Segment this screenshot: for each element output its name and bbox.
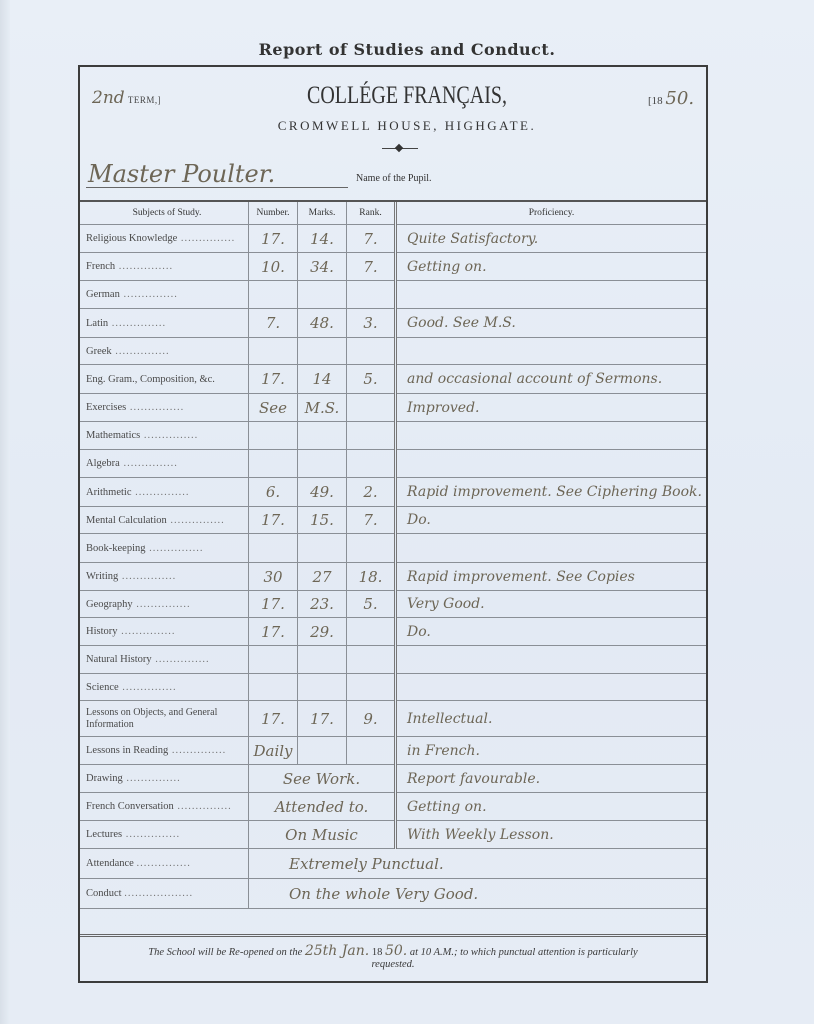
rank-cell: 5. xyxy=(347,591,396,618)
notice-text-4: requested. xyxy=(80,959,706,970)
rank-cell: 3. xyxy=(347,309,396,338)
proficiency-cell: Getting on. xyxy=(396,253,707,281)
leader-dots: ............... xyxy=(133,599,191,610)
year-value: 50. xyxy=(665,88,694,109)
proficiency-cell: Rapid improvement. See Ciphering Book. xyxy=(396,478,707,507)
proficiency-cell: in French. xyxy=(396,737,707,765)
table-row: Latin ...............7.48.3.Good. See M.… xyxy=(80,309,706,338)
notice-text-1: The School will be Re-opened on the xyxy=(148,947,302,958)
reopen-date: 25th Jan. xyxy=(305,943,369,959)
paper-edge xyxy=(0,0,10,1024)
leader-dots: ............... xyxy=(120,458,178,469)
table-row: Mental Calculation ...............17.15.… xyxy=(80,507,706,534)
marks-cell xyxy=(298,422,347,450)
subject-cell: Algebra ............... xyxy=(80,450,249,478)
header-number: Number. xyxy=(249,202,298,225)
subject-cell: History ............... xyxy=(80,618,249,646)
marks-cell: 34. xyxy=(298,253,347,281)
header-proficiency: Proficiency. xyxy=(396,202,707,225)
subject-label: Mental Calculation xyxy=(86,515,167,526)
number-cell xyxy=(249,422,298,450)
proficiency-cell: Intellectual. xyxy=(396,701,707,737)
notice-text-3: at 10 A.M.; to which punctual attention … xyxy=(410,947,638,958)
rank-cell: 9. xyxy=(347,701,396,737)
conduct-label: Conduct ................... xyxy=(80,879,249,909)
leader-dots: ............... xyxy=(122,829,180,840)
rank-cell xyxy=(347,422,396,450)
number-cell: See Work. xyxy=(249,765,396,793)
reopening-notice: The School will be Re-opened on the 25th… xyxy=(80,934,706,984)
conduct-label-text: Conduct xyxy=(86,888,122,899)
rank-cell: 18. xyxy=(347,563,396,591)
marks-cell xyxy=(298,646,347,674)
number-cell: 6. xyxy=(249,478,298,507)
header-rank: Rank. xyxy=(347,202,396,225)
proficiency-cell: Improved. xyxy=(396,394,707,422)
marks-cell: 48. xyxy=(298,309,347,338)
subject-label: German xyxy=(86,289,120,300)
marks-cell: 14 xyxy=(298,365,347,394)
subject-label: Eng. Gram., Composition, &c. xyxy=(86,374,215,385)
year-field: [18 50. xyxy=(648,88,694,109)
table-row: German ............... xyxy=(80,281,706,309)
number-cell: 17. xyxy=(249,701,298,737)
subject-label: French Conversation xyxy=(86,801,174,812)
rank-cell: 5. xyxy=(347,365,396,394)
subject-cell: French Conversation ............... xyxy=(80,793,249,821)
subject-cell: German ............... xyxy=(80,281,249,309)
subject-label: Exercises xyxy=(86,402,126,413)
year-prefix: [18 xyxy=(648,95,663,107)
rank-cell: 7. xyxy=(347,225,396,253)
rank-cell xyxy=(347,281,396,309)
number-cell: Attended to. xyxy=(249,793,396,821)
table-row: Lectures ...............On MusicWith Wee… xyxy=(80,821,706,849)
subject-label: Science xyxy=(86,682,119,693)
marks-cell: 23. xyxy=(298,591,347,618)
leader-dots: ............... xyxy=(146,543,204,554)
subject-cell: Writing ............... xyxy=(80,563,249,591)
conduct-value: On the whole Very Good. xyxy=(249,879,707,909)
table-row: French Conversation ...............Atten… xyxy=(80,793,706,821)
table-row: Exercises ...............SeeM.S.Improved… xyxy=(80,394,706,422)
marks-cell: 29. xyxy=(298,618,347,646)
marks-cell: 27 xyxy=(298,563,347,591)
proficiency-cell: Do. xyxy=(396,507,707,534)
subject-cell: Mental Calculation ............... xyxy=(80,507,249,534)
table-header-row: Subjects of Study. Number. Marks. Rank. … xyxy=(80,202,706,225)
marks-cell xyxy=(298,281,347,309)
marks-cell xyxy=(298,534,347,563)
table-row: Book-keeping ............... xyxy=(80,534,706,563)
leader-dots: ............... xyxy=(108,318,166,329)
proficiency-cell: Very Good. xyxy=(396,591,707,618)
marks-cell xyxy=(298,450,347,478)
number-cell xyxy=(249,674,298,701)
subject-cell: Natural History ............... xyxy=(80,646,249,674)
proficiency-cell: Getting on. xyxy=(396,793,707,821)
leader-dots: ............... xyxy=(112,346,170,357)
proficiency-cell: Rapid improvement. See Copies xyxy=(396,563,707,591)
leader-dots: ............... xyxy=(136,858,190,869)
table-row: Science ............... xyxy=(80,674,706,701)
subject-label: Drawing xyxy=(86,773,123,784)
number-cell: 17. xyxy=(249,365,298,394)
marks-cell: M.S. xyxy=(298,394,347,422)
marks-cell: 17. xyxy=(298,701,347,737)
attendance-value: Extremely Punctual. xyxy=(249,849,707,879)
report-heading: Report of Studies and Conduct. xyxy=(0,40,814,59)
rank-cell: 7. xyxy=(347,253,396,281)
subject-cell: Science ............... xyxy=(80,674,249,701)
proficiency-cell xyxy=(396,338,707,365)
subject-cell: Greek ............... xyxy=(80,338,249,365)
proficiency-cell: Do. xyxy=(396,618,707,646)
conduct-row: Conduct ................... On the whole… xyxy=(80,879,706,909)
subject-cell: Geography ............... xyxy=(80,591,249,618)
subject-label: Lessons on Objects, and General Informat… xyxy=(86,707,217,730)
rank-cell xyxy=(347,394,396,422)
reopen-year: 50. xyxy=(385,943,407,959)
table-row: History ...............17.29.Do. xyxy=(80,618,706,646)
table-row: Lessons in Reading ...............Dailyi… xyxy=(80,737,706,765)
subject-label: Latin xyxy=(86,318,108,329)
table-row: Algebra ............... xyxy=(80,450,706,478)
rank-cell: 7. xyxy=(347,507,396,534)
subject-cell: Latin ............... xyxy=(80,309,249,338)
number-cell: 17. xyxy=(249,225,298,253)
attendance-label: Attendance ............... xyxy=(80,849,249,879)
subject-cell: Arithmetic ............... xyxy=(80,478,249,507)
rank-cell xyxy=(347,618,396,646)
subject-label: Religious Knowledge xyxy=(86,233,177,244)
rank-cell xyxy=(347,674,396,701)
rank-cell xyxy=(347,646,396,674)
notice-year-prefix: 18 xyxy=(372,947,383,958)
leader-dots: ............... xyxy=(118,571,176,582)
marks-cell: 49. xyxy=(298,478,347,507)
number-cell xyxy=(249,450,298,478)
marks-cell: 14. xyxy=(298,225,347,253)
pupil-name-underline xyxy=(86,187,348,188)
subject-label: Book-keeping xyxy=(86,543,146,554)
header-subjects: Subjects of Study. xyxy=(80,202,249,225)
proficiency-cell xyxy=(396,674,707,701)
proficiency-cell: Report favourable. xyxy=(396,765,707,793)
leader-dots: ................... xyxy=(124,888,193,899)
table-row: Writing ...............302718.Rapid impr… xyxy=(80,563,706,591)
number-cell: 17. xyxy=(249,591,298,618)
rank-cell: 2. xyxy=(347,478,396,507)
subject-cell: Mathematics ............... xyxy=(80,422,249,450)
rank-cell xyxy=(347,737,396,765)
subject-label: Lectures xyxy=(86,829,122,840)
number-cell xyxy=(249,646,298,674)
subject-cell: Religious Knowledge ............... xyxy=(80,225,249,253)
leader-dots: ............... xyxy=(177,233,235,244)
proficiency-cell: Quite Satisfactory. xyxy=(396,225,707,253)
subject-cell: Drawing ............... xyxy=(80,765,249,793)
subject-label: Writing xyxy=(86,571,118,582)
number-cell xyxy=(249,281,298,309)
attendance-row: Attendance ............... Extremely Pun… xyxy=(80,849,706,879)
leader-dots: ............... xyxy=(115,261,173,272)
subject-cell: Lessons in Reading ............... xyxy=(80,737,249,765)
proficiency-cell xyxy=(396,646,707,674)
rank-cell xyxy=(347,338,396,365)
leader-dots: ............... xyxy=(126,402,184,413)
number-cell xyxy=(249,338,298,365)
subject-cell: Exercises ............... xyxy=(80,394,249,422)
number-cell: 30 xyxy=(249,563,298,591)
marks-cell xyxy=(298,338,347,365)
leader-dots: ............... xyxy=(152,654,210,665)
studies-table: Subjects of Study. Number. Marks. Rank. … xyxy=(80,202,706,909)
table-row: Religious Knowledge ...............17.14… xyxy=(80,225,706,253)
college-name: COLLÉGE FRANÇAIS, xyxy=(81,82,732,110)
leader-dots: ............... xyxy=(118,626,176,637)
subject-label: French xyxy=(86,261,115,272)
proficiency-cell: Good. See M.S. xyxy=(396,309,707,338)
pupil-name-label: Name of the Pupil. xyxy=(356,173,432,184)
subject-label: Geography xyxy=(86,599,133,610)
leader-dots: ............... xyxy=(168,745,226,756)
table-row: Greek ............... xyxy=(80,338,706,365)
subject-label: Arithmetic xyxy=(86,487,132,498)
marks-cell: 15. xyxy=(298,507,347,534)
subject-cell: Lessons on Objects, and General Informat… xyxy=(80,701,249,737)
header-marks: Marks. xyxy=(298,202,347,225)
marks-cell xyxy=(298,674,347,701)
leader-dots: ............... xyxy=(140,430,198,441)
table-row: French ...............10.34.7.Getting on… xyxy=(80,253,706,281)
rank-cell xyxy=(347,534,396,563)
subject-cell: Eng. Gram., Composition, &c. xyxy=(80,365,249,394)
table-row: Drawing ...............See Work.Report f… xyxy=(80,765,706,793)
leader-dots: ............... xyxy=(123,773,181,784)
number-cell: Daily xyxy=(249,737,298,765)
leader-dots: ............... xyxy=(132,487,190,498)
subject-cell: Lectures ............... xyxy=(80,821,249,849)
proficiency-cell xyxy=(396,450,707,478)
number-cell: 7. xyxy=(249,309,298,338)
leader-dots: ............... xyxy=(174,801,232,812)
subject-label: Lessons in Reading xyxy=(86,745,168,756)
table-row: Lessons on Objects, and General Informat… xyxy=(80,701,706,737)
table-row: Natural History ............... xyxy=(80,646,706,674)
subject-label: Algebra xyxy=(86,458,120,469)
subject-cell: French ............... xyxy=(80,253,249,281)
pupil-name: Master Poulter. xyxy=(88,160,275,188)
table-row: Mathematics ............... xyxy=(80,422,706,450)
leader-dots: ............... xyxy=(119,682,177,693)
table-row: Arithmetic ...............6.49.2.Rapid i… xyxy=(80,478,706,507)
table-row: Eng. Gram., Composition, &c.17.145.and o… xyxy=(80,365,706,394)
proficiency-cell: With Weekly Lesson. xyxy=(396,821,707,849)
proficiency-cell xyxy=(396,422,707,450)
rank-cell xyxy=(347,450,396,478)
subject-cell: Book-keeping ............... xyxy=(80,534,249,563)
subject-label: Natural History xyxy=(86,654,152,665)
number-cell: 10. xyxy=(249,253,298,281)
number-cell: 17. xyxy=(249,507,298,534)
table-row: Geography ...............17.23.5.Very Go… xyxy=(80,591,706,618)
subject-label: Greek xyxy=(86,346,112,357)
leader-dots: ............... xyxy=(120,289,178,300)
ornament-divider-icon xyxy=(382,148,418,149)
leader-dots: ............... xyxy=(167,515,225,526)
number-cell: 17. xyxy=(249,618,298,646)
proficiency-cell xyxy=(396,534,707,563)
proficiency-cell: and occasional account of Sermons. xyxy=(396,365,707,394)
proficiency-cell xyxy=(396,281,707,309)
attendance-label-text: Attendance xyxy=(86,858,134,869)
number-cell xyxy=(249,534,298,563)
number-cell: See xyxy=(249,394,298,422)
marks-cell xyxy=(298,737,347,765)
subject-label: Mathematics xyxy=(86,430,140,441)
number-cell: On Music xyxy=(249,821,396,849)
subject-label: History xyxy=(86,626,118,637)
school-address: CROMWELL HOUSE, HIGHGATE. xyxy=(0,118,814,134)
